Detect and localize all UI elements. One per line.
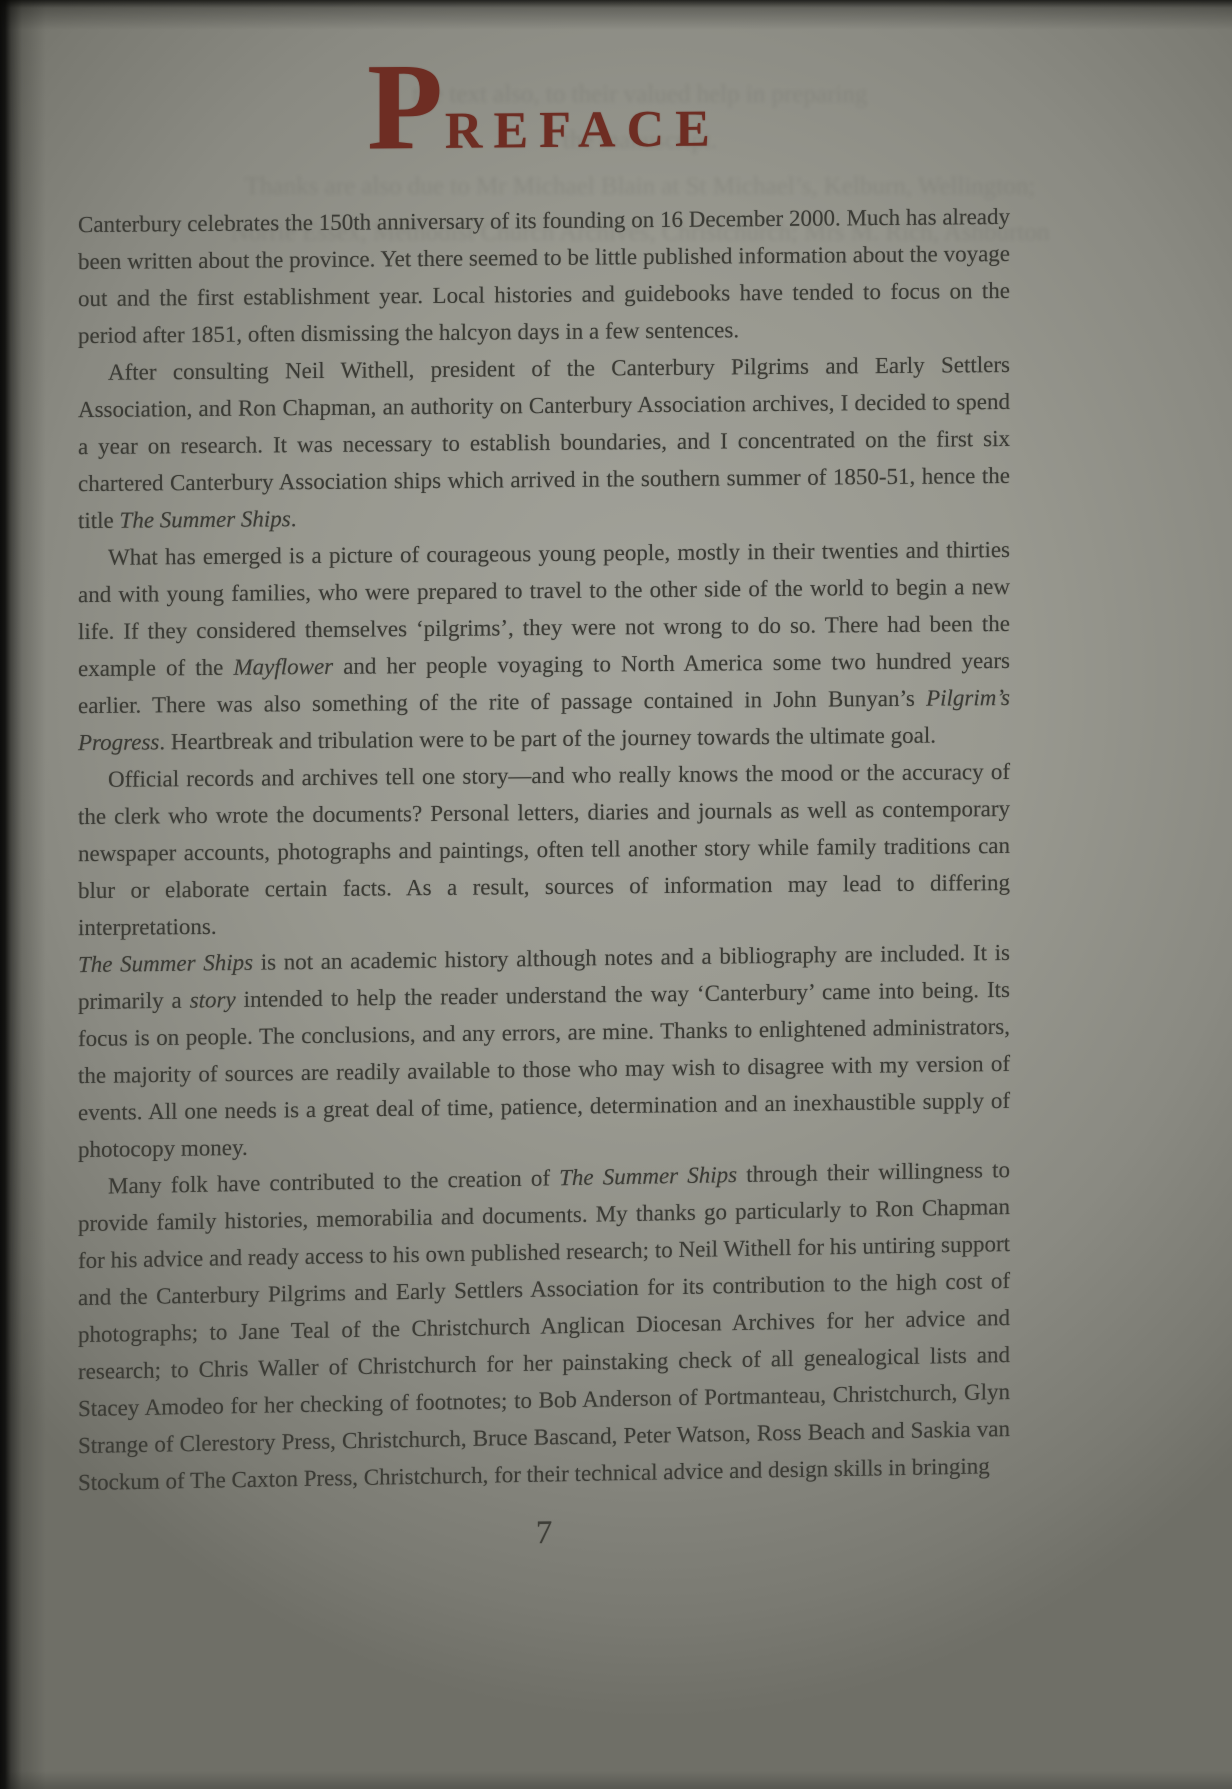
photo-bottom-shadow bbox=[0, 1771, 1232, 1789]
title-rest: REFACE bbox=[445, 100, 721, 159]
paragraph: Canterbury celebrates the 150th annivers… bbox=[78, 198, 1010, 354]
paragraph: Many folk have contributed to the creati… bbox=[78, 1151, 1010, 1501]
paragraph: Official records and archives tell one s… bbox=[78, 753, 1010, 946]
preface-title: PREFACE bbox=[78, 42, 1010, 170]
book-page-photo: the text also, to their valued help in p… bbox=[0, 0, 1232, 1789]
paragraph: The Summer Ships is not an academic hist… bbox=[78, 934, 1010, 1168]
photo-top-shadow bbox=[0, 0, 1232, 30]
text-block: PREFACE Canterbury celebrates the 150th … bbox=[78, 42, 1010, 1556]
paragraph-container: Canterbury celebrates the 150th annivers… bbox=[78, 198, 1010, 1501]
book-edge-shadow bbox=[0, 0, 46, 1789]
page-number: 7 bbox=[78, 1511, 1010, 1556]
title-initial: P bbox=[367, 38, 445, 176]
paragraph: After consulting Neil Withell, president… bbox=[78, 346, 1010, 539]
paragraph: What has emerged is a picture of courage… bbox=[78, 531, 1010, 761]
